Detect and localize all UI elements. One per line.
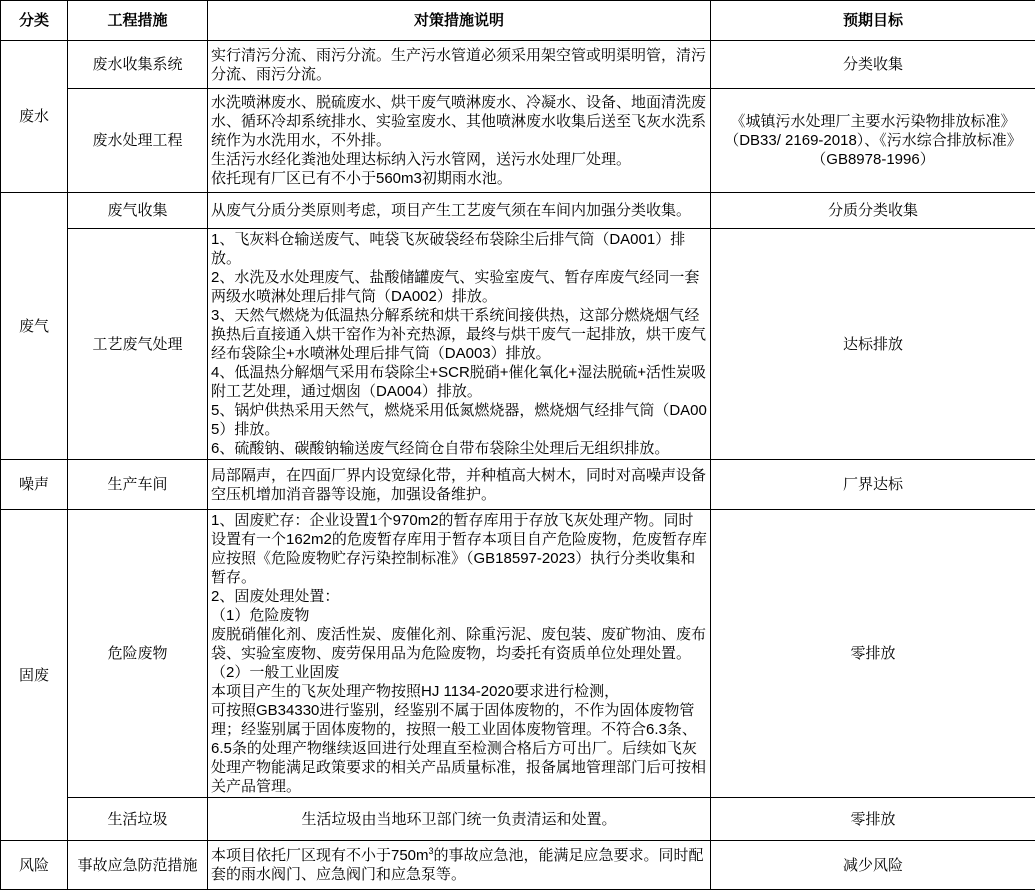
description-cell-hazardous-waste: 1、固废贮存：企业设置1个970m2的暂存库用于存放飞灰处理产物。同时设置有一个… xyxy=(208,510,711,798)
table-row: 废水处理工程 水洗喷淋废水、脱硫废水、烘干废气喷淋废水、冷凝水、设备、地面清洗废… xyxy=(1,89,1035,193)
description-cell-domestic-garbage: 生活垃圾由当地环卫部门统一负责清运和处置。 xyxy=(208,798,711,841)
measure-cell-hazardous-waste: 危险废物 xyxy=(68,510,208,798)
goal-cell-wastewater-treatment: 《城镇污水处理厂主要水污染物排放标准》 （DB33/ 2169-2018）、《污… xyxy=(711,89,1035,193)
category-cell-solid-waste: 固废 xyxy=(1,510,68,841)
table-row: 废气 废气收集 从废气分质分类原则考虑，项目产生工艺废气须在车间内加强分类收集。… xyxy=(1,193,1035,229)
goal-cell-production-workshop: 厂界达标 xyxy=(711,460,1035,510)
table-row: 工艺废气处理 1、飞灰料仓输送废气、吨袋飞灰破袋经布袋除尘后排气筒（DA001）… xyxy=(1,229,1035,460)
measure-cell-production-workshop: 生产车间 xyxy=(68,460,208,510)
measures-table: 分类 工程措施 对策措施说明 预期目标 废水 废水收集系统 实行清污分流、雨污分… xyxy=(0,0,1035,890)
goal-cell-wastewater-collection: 分类收集 xyxy=(711,41,1035,89)
header-category: 分类 xyxy=(1,1,68,41)
category-cell-wastewater: 废水 xyxy=(1,41,68,193)
measure-cell-accident-emergency: 事故应急防范措施 xyxy=(68,841,208,890)
description-cell-wastewater-treatment: 水洗喷淋废水、脱硫废水、烘干废气喷淋废水、冷凝水、设备、地面清洗废水、循环冷却系… xyxy=(208,89,711,193)
category-cell-waste-gas: 废气 xyxy=(1,193,68,460)
measure-cell-domestic-garbage: 生活垃圾 xyxy=(68,798,208,841)
table-row: 噪声 生产车间 局部隔声，在四面厂界内设宽绿化带，并种植高大树木，同时对高噪声设… xyxy=(1,460,1035,510)
goal-cell-accident-emergency: 减少风险 xyxy=(711,841,1035,890)
table-row: 废水 废水收集系统 实行清污分流、雨污分流。生产污水管道必须采用架空管或明渠明管… xyxy=(1,41,1035,89)
description-cell-production-workshop: 局部隔声，在四面厂界内设宽绿化带，并种植高大树木，同时对高噪声设备空压机增加消音… xyxy=(208,460,711,510)
table-row: 风险 事故应急防范措施 本项目依托厂区现有不小于750m3的事故应急池，能满足应… xyxy=(1,841,1035,890)
measure-cell-wastewater-collection: 废水收集系统 xyxy=(68,41,208,89)
description-cell-wastewater-collection: 实行清污分流、雨污分流。生产污水管道必须采用架空管或明渠明管，清污分流、雨污分流… xyxy=(208,41,711,89)
measure-cell-waste-gas-collection: 废气收集 xyxy=(68,193,208,229)
table-row: 固废 危险废物 1、固废贮存：企业设置1个970m2的暂存库用于存放飞灰处理产物… xyxy=(1,510,1035,798)
description-text-pre: 本项目依托厂区现有不小于750m xyxy=(211,847,429,864)
goal-cell-waste-gas-collection: 分质分类收集 xyxy=(711,193,1035,229)
header-engineering-measure: 工程措施 xyxy=(68,1,208,41)
measure-cell-process-gas-treatment: 工艺废气处理 xyxy=(68,229,208,460)
goal-cell-domestic-garbage: 零排放 xyxy=(711,798,1035,841)
category-cell-noise: 噪声 xyxy=(1,460,68,510)
goal-cell-process-gas-treatment: 达标排放 xyxy=(711,229,1035,460)
header-row: 分类 工程措施 对策措施说明 预期目标 xyxy=(1,1,1035,41)
category-cell-risk: 风险 xyxy=(1,841,68,890)
header-countermeasure-description: 对策措施说明 xyxy=(208,1,711,41)
description-cell-process-gas-treatment: 1、飞灰料仓输送废气、吨袋飞灰破袋经布袋除尘后排气筒（DA001）排放。 2、水… xyxy=(208,229,711,460)
description-cell-waste-gas-collection: 从废气分质分类原则考虑，项目产生工艺废气须在车间内加强分类收集。 xyxy=(208,193,711,229)
measure-cell-wastewater-treatment: 废水处理工程 xyxy=(68,89,208,193)
header-expected-goal: 预期目标 xyxy=(711,1,1035,41)
description-cell-accident-emergency: 本项目依托厂区现有不小于750m3的事故应急池，能满足应急要求。同时配套的雨水阀… xyxy=(208,841,711,890)
goal-cell-hazardous-waste: 零排放 xyxy=(711,510,1035,798)
table-row: 生活垃圾 生活垃圾由当地环卫部门统一负责清运和处置。 零排放 xyxy=(1,798,1035,841)
